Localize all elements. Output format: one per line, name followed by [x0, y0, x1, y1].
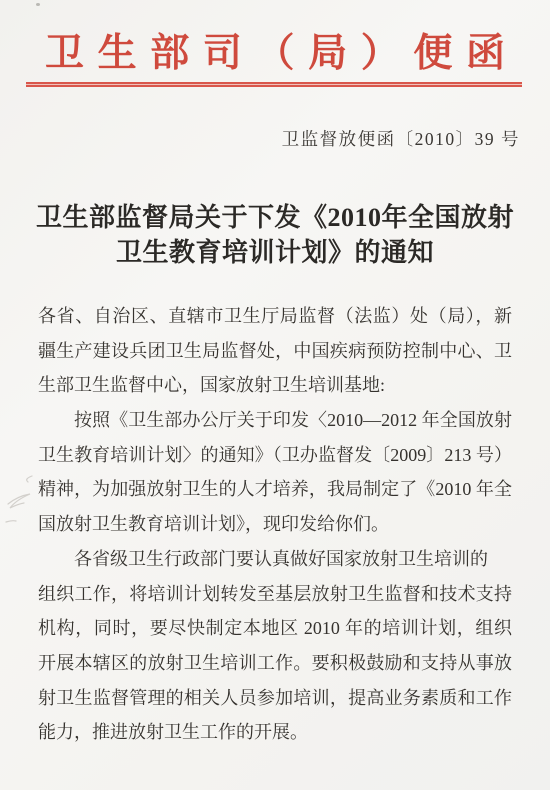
body-line: 各省级卫生行政部门要认真做好国家放射卫生培训的 [38, 542, 512, 577]
body-line: 能力，推进放射卫生工作的开展。 [38, 715, 512, 750]
body-line: 卫生教育培训计划〉的通知》（卫办监督发〔2009〕213 号） [38, 438, 512, 473]
scan-smudge-mark [2, 470, 48, 530]
body-line: 精神，为加强放射卫生的人才培养，我局制定了《2010 年全 [38, 472, 512, 507]
body-line: 生部卫生监督中心，国家放射卫生培训基地: [38, 368, 512, 403]
document-title-line2: 卫生教育培训计划》的通知 [0, 235, 550, 270]
doc-number: 卫监督放便函〔2010〕39 号 [282, 126, 520, 151]
body-line: 国放射卫生教育培训计划》，现印发给你们。 [38, 507, 512, 542]
body-line: 疆生产建设兵团卫生局监督处，中国疾病预防控制中心、卫 [38, 334, 512, 369]
body-line: 射卫生监督管理的相关人员参加培训，提高业务素质和工作 [38, 681, 512, 716]
document-title: 卫生部监督局关于下发《2010年全国放射 卫生教育培训计划》的通知 [0, 200, 550, 270]
scan-speck [36, 3, 40, 6]
body-line: 机构，同时，要尽快制定本地区 2010 年的培训计划，组织 [38, 611, 512, 646]
scanned-document-page: 卫生部司（局）便函 卫监督放便函〔2010〕39 号 卫生部监督局关于下发《20… [0, 0, 550, 790]
document-title-line1: 卫生部监督局关于下发《2010年全国放射 [0, 200, 550, 235]
body-line: 各省、自治区、直辖市卫生厅局监督（法监）处（局），新 [38, 299, 512, 334]
body-line: 开展本辖区的放射卫生培训工作。要积极鼓励和支持从事放 [38, 646, 512, 681]
masthead-rule [26, 82, 522, 87]
masthead-title: 卫生部司（局）便函 [45, 30, 505, 79]
body-text: 各省、自治区、直辖市卫生厅局监督（法监）处（局），新 疆生产建设兵团卫生局监督处… [38, 299, 512, 750]
body-line: 按照《卫生部办公厅关于印发〈2010—2012 年全国放射 [38, 403, 512, 438]
body-line: 组织工作，将培训计划转发至基层放射卫生监督和技术支持 [38, 577, 512, 612]
